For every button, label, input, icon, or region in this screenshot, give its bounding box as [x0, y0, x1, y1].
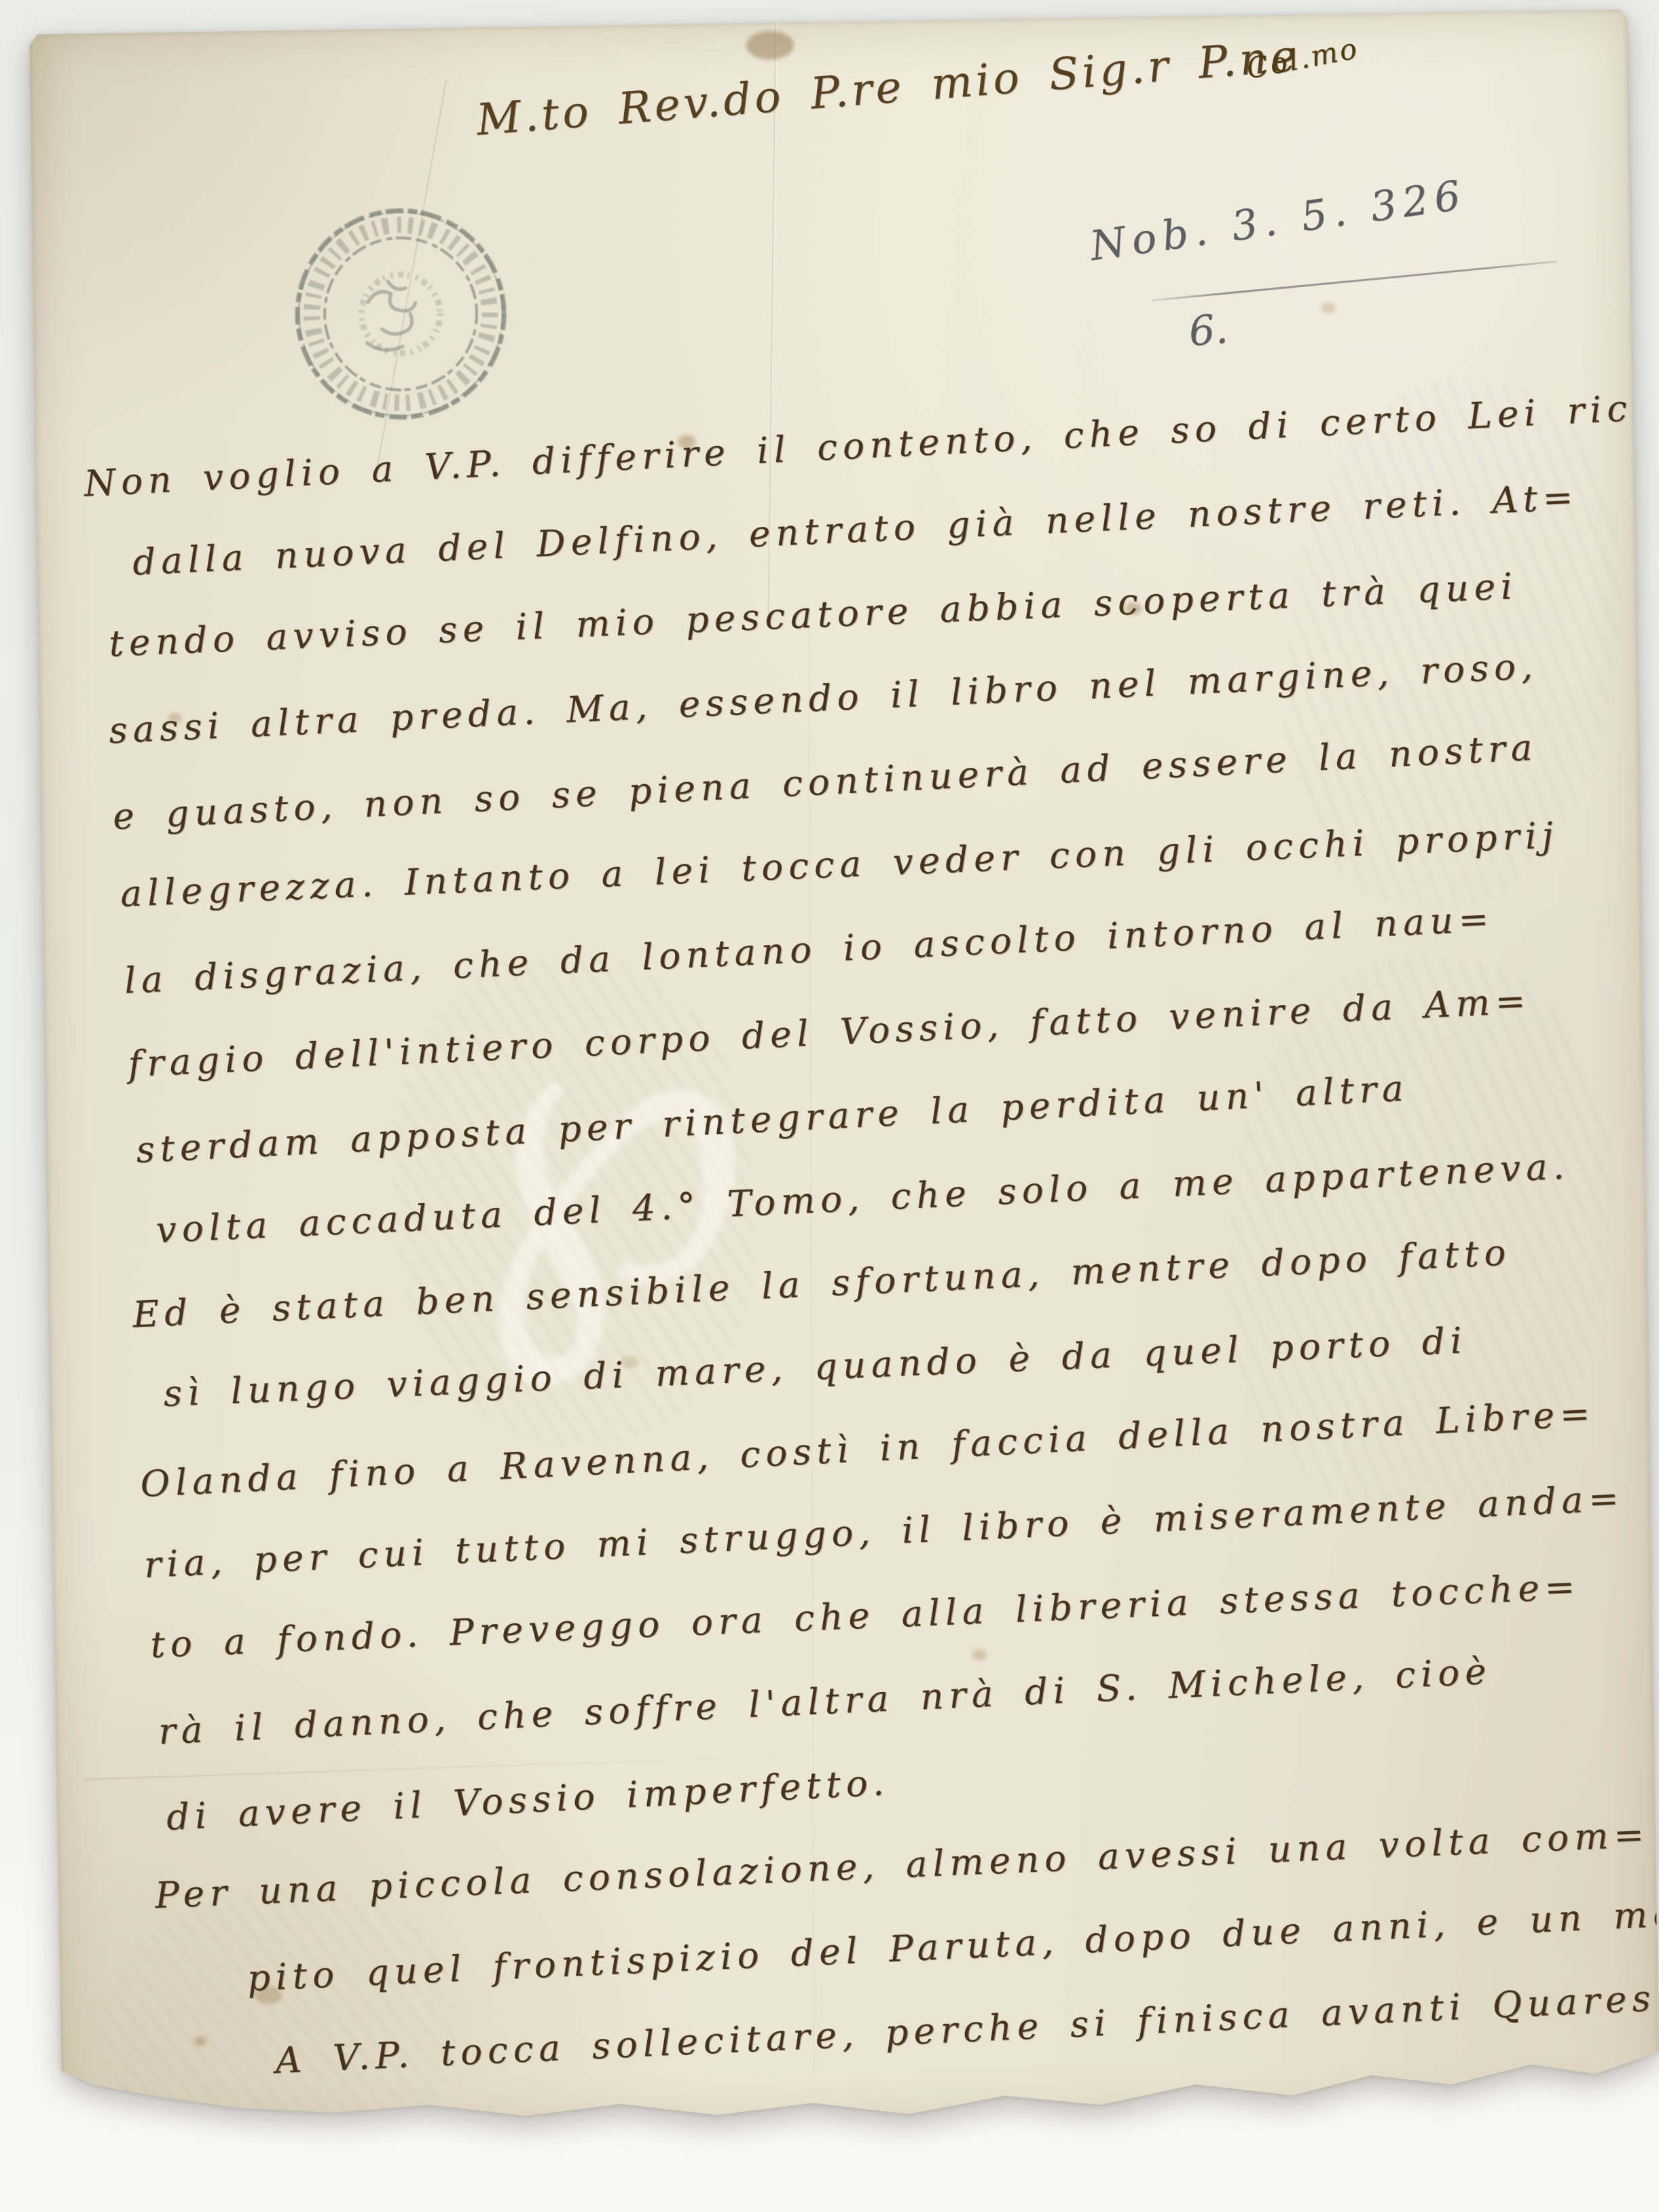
stamp-graphic: [285, 198, 516, 430]
photo-background: ℘: [0, 0, 1659, 2212]
letter-paper-wrap: ℘: [30, 10, 1659, 2134]
stain-spot: [1321, 303, 1336, 314]
archival-shelfmark: Nob. 3. 5. 326: [1087, 171, 1470, 270]
archival-number: 6.: [1187, 305, 1230, 356]
letter-body: Non voglio a V.P. differire il contento,…: [82, 369, 1659, 2108]
pencil-underline: [1152, 261, 1558, 301]
salutation-line: M.to Rev.do P.re mio Sig.r P.ne: [475, 31, 1302, 145]
letter-paper: ℘: [30, 10, 1659, 2134]
round-ink-stamp: [285, 198, 516, 430]
stain-spot: [746, 31, 795, 60]
